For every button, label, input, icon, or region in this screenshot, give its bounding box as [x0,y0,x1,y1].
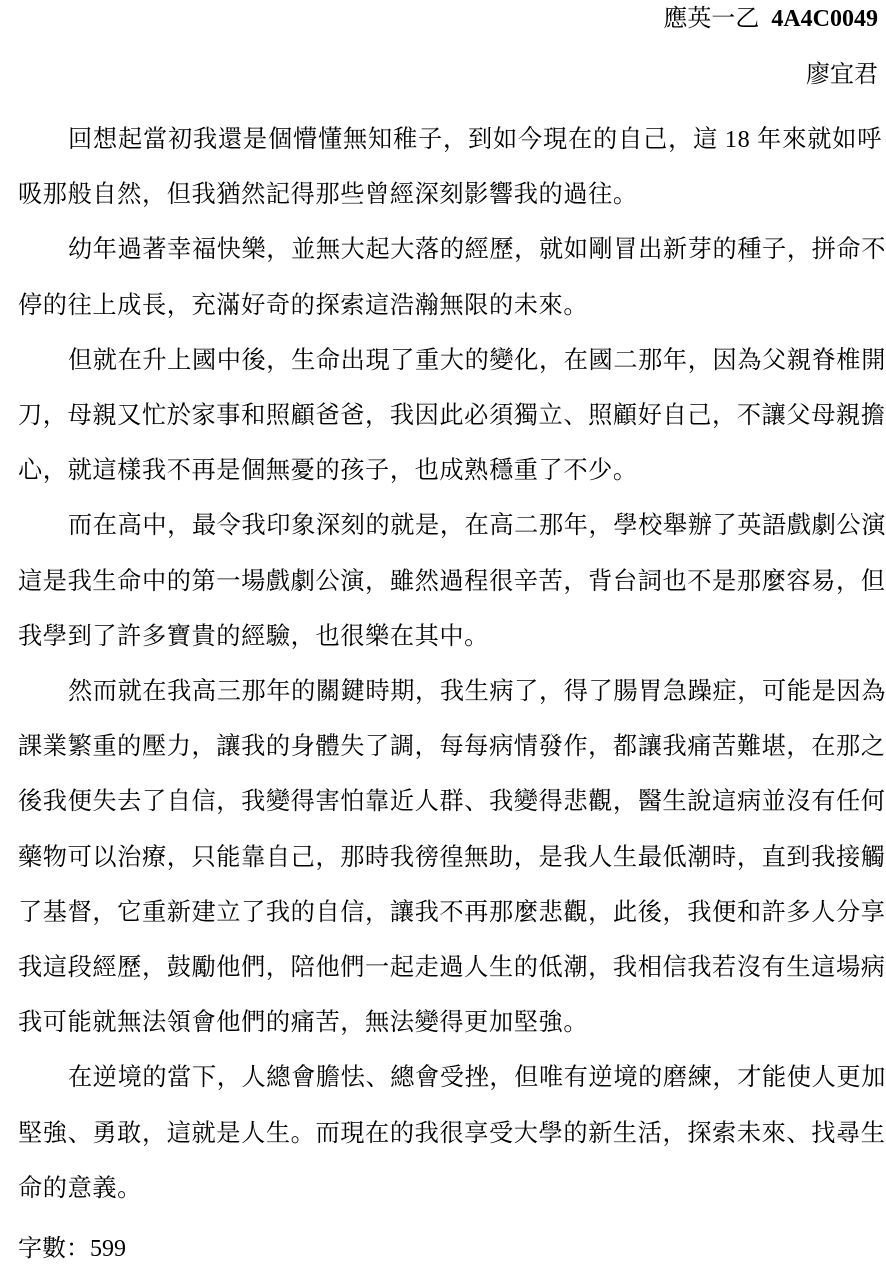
word-count-value: 599 [90,1236,126,1262]
text-line: 命的意義。 [18,1161,882,1216]
essay-body: 回想起當初我還是個懵懂無知稚子，到如今現在的自己，這 18 年來就如呼 吸那般自… [18,112,882,1216]
text-line: 在逆境的當下，人總會膽怯、總會受挫，但唯有逆境的磨練，才能使人更加 [18,1050,882,1105]
text-line: 而在高中，最令我印象深刻的就是，在高二那年，學校舉辦了英語戲劇公演， [18,498,882,553]
paragraph-4: 而在高中，最令我印象深刻的就是，在高二那年，學校舉辦了英語戲劇公演， 這是我生命… [18,498,882,664]
text-line: 了基督，它重新建立了我的自信，讓我不再那麼悲觀，此後，我便和許多人分享 [18,885,882,940]
paragraph-5: 然而就在我高三那年的關鍵時期，我生病了，得了腸胃急躁症，可能是因為 課業繁重的壓… [18,664,882,1050]
text-line: 吸那般自然，但我猶然記得那些曾經深刻影響我的過往。 [18,167,882,222]
text-line: 堅強、勇敢，這就是人生。而現在的我很享受大學的新生活，探索未來、找尋生 [18,1106,882,1161]
text-line: 心，就這樣我不再是個無憂的孩子，也成熟穩重了不少。 [18,443,882,498]
text-line: 回想起當初我還是個懵懂無知稚子，到如今現在的自己，這 18 年來就如呼 [18,112,882,167]
text-line: 停的往上成長，充滿好奇的探索這浩瀚無限的未來。 [18,278,882,333]
text-line: 後我便失去了自信，我變得害怕靠近人群、我變得悲觀，醫生說這病並沒有任何 [18,774,882,829]
paragraph-6: 在逆境的當下，人總會膽怯、總會受挫，但唯有逆境的磨練，才能使人更加 堅強、勇敢，… [18,1050,882,1216]
student-name: 廖宜君 [806,60,878,90]
text-line: 刀，母親又忙於家事和照顧爸爸，我因此必須獨立、照顧好自己，不讓父母親擔 [18,388,882,443]
text-line: 我這段經歷，鼓勵他們，陪他們一起走過人生的低潮，我相信我若沒有生這場病， [18,940,882,995]
paragraph-1: 回想起當初我還是個懵懂無知稚子，到如今現在的自己，這 18 年來就如呼 吸那般自… [18,112,882,222]
paragraph-3: 但就在升上國中後，生命出現了重大的變化，在國二那年，因為父親脊椎開 刀，母親又忙… [18,333,882,499]
text-line: 課業繁重的壓力，讓我的身體失了調，每每病情發作，都讓我痛苦難堪，在那之 [18,719,882,774]
header-class-line: 應英一乙 4A4C0049 [663,4,878,34]
text-line: 藥物可以治療，只能靠自己，那時我徬徨無助，是我人生最低潮時，直到我接觸 [18,830,882,885]
text-line: 我學到了許多寶貴的經驗，也很樂在其中。 [18,609,882,664]
word-count-label: 字數： [18,1236,90,1262]
paragraph-2: 幼年過著幸福快樂，並無大起大落的經歷，就如剛冒出新芽的種子，拼命不 停的往上成長… [18,222,882,332]
class-label: 應英一乙 [663,6,759,32]
text-line: 但就在升上國中後，生命出現了重大的變化，在國二那年，因為父親脊椎開 [18,333,882,388]
text-line: 然而就在我高三那年的關鍵時期，我生病了，得了腸胃急躁症，可能是因為 [18,664,882,719]
word-count: 字數：599 [18,1234,126,1264]
text-line: 我可能就無法領會他們的痛苦，無法變得更加堅強。 [18,995,882,1050]
student-id: 4A4C0049 [771,6,878,32]
text-line: 幼年過著幸福快樂，並無大起大落的經歷，就如剛冒出新芽的種子，拼命不 [18,222,882,277]
text-line: 這是我生命中的第一場戲劇公演，雖然過程很辛苦，背台詞也不是那麼容易，但 [18,554,882,609]
